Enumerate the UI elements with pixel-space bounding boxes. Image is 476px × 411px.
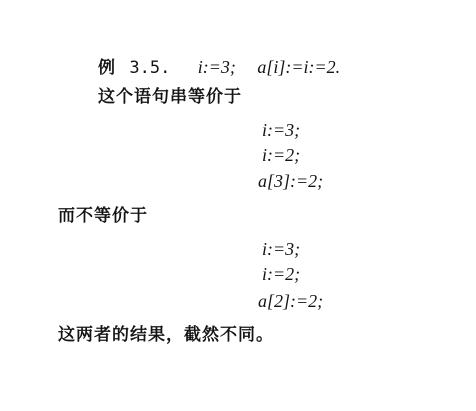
- equivalent-line-1: i:=3;: [262, 120, 300, 140]
- intro-not-equivalent: 而不等价于: [58, 206, 148, 226]
- equivalent-line-3: a[3]:=2;: [258, 171, 323, 191]
- intro-equivalent: 这个语句串等价于: [98, 87, 242, 107]
- example-heading: 例 3.5. i:=3; a[i]:=i:=2.: [98, 57, 340, 78]
- example-label: 例: [98, 58, 116, 78]
- equivalent-line-2: i:=2;: [262, 145, 300, 165]
- not-equivalent-line-3: a[2]:=2;: [258, 291, 323, 311]
- example-statement-1: i:=3;: [198, 57, 236, 77]
- conclusion: 这两者的结果，截然不同。: [58, 325, 274, 345]
- not-equivalent-line-1: i:=3;: [262, 239, 300, 259]
- example-statement-2: a[i]:=i:=2.: [257, 57, 340, 77]
- example-number: 3.5.: [129, 58, 170, 78]
- not-equivalent-line-2: i:=2;: [262, 264, 300, 284]
